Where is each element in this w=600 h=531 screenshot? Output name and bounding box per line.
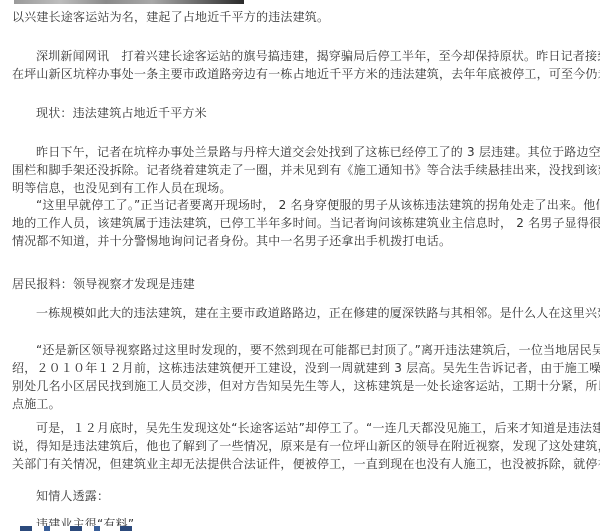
paragraph-line: 说，得知是违法建筑后，他也了解到了一些情况，原来是有一位坪山新区的领导在附近视察…: [12, 436, 600, 456]
paragraph-line: 可是，１２月底时，吴先生发现这处“长途客运站”却停工了。“一连几天都没见施工，后…: [36, 418, 600, 438]
paragraph-line: 昨日下午，记者在坑梓办事处兰景路与丹梓大道交会处找到了这栋已经停工了的 3 层违…: [36, 142, 600, 162]
paragraph-line: 绍，２０１０年１２月前，这栋违法建筑便开工建设，没到一周就建到 3 层高。吴先生…: [12, 358, 600, 378]
top-photo-edge: [14, 0, 244, 4]
section-heading: 知情人透露：: [36, 486, 109, 506]
paragraph-line: 深圳新闻网讯 打着兴建长途客运站的旗号搞违建，揭穿骗局后停工半年，至今却保持原状…: [36, 46, 600, 66]
paragraph-line: “这里早就停工了。”正当记者要离开现场时， 2 名身穿便服的男子从该栋违法建筑的…: [36, 195, 600, 215]
paragraph-line: 关部门有关情况，但建筑业主却无法提供合法证件，便被停工，一直到现在也没有人施工，…: [12, 454, 600, 474]
paragraph-line: 地的工作人员，该建筑属于违法建筑，已停工半年多时间。当记者询问该栋建筑业主信息时…: [12, 213, 600, 233]
paragraph-line: 围栏和脚手架还没拆除。记者绕着建筑走了一圈，并未见到有《施工通知书》等合法手续悬…: [12, 160, 600, 180]
paragraph-line: 情况都不知道，并十分警惕地询问记者身份。其中一名男子还拿出手机拨打电话。: [12, 231, 451, 251]
paragraph-line: 在坪山新区坑梓办事处一条主要市政道路旁边有一栋占地近千平方米的违法建筑，去年年底…: [12, 64, 600, 84]
paragraph-line: 点施工。: [12, 394, 61, 414]
paragraph-line: 一栋规模如此大的违法建筑，建在主要市政道路路边，正在修建的厦深铁路与其相邻。是什…: [36, 303, 600, 323]
paragraph-line: 别处几名小区居民找到施工人员交涉，但对方告知吴先生等人，这栋建筑是一处长途客运站…: [12, 376, 600, 396]
section-heading: 现状：违法建筑占地近千平方米: [36, 103, 207, 123]
section-heading: 居民报料：领导视察才发现是违建: [12, 274, 195, 294]
caption: 以兴建长途客运站为名，建起了占地近千平方的违法建筑。: [12, 7, 329, 27]
bottom-photo-edge: [0, 526, 140, 531]
paragraph-line: “还是新区领导视察路过这里时发现的，要不然到现在可能都已封顶了。”离开违法建筑后…: [36, 340, 600, 360]
